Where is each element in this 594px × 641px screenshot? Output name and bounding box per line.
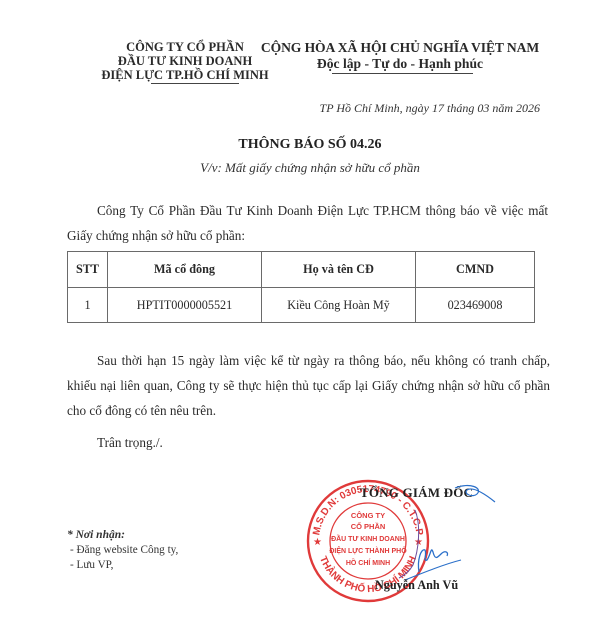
body-paragraph: Sau thời hạn 15 ngày làm việc kể từ ngày…	[67, 348, 550, 423]
recipients-heading: * Nơi nhận:	[67, 528, 178, 543]
shareholder-table: STT Mã cổ đông Họ và tên CĐ CMND 1 HPTIT…	[67, 251, 535, 323]
recipient-item: - Lưu VP,	[67, 558, 178, 573]
cell-stt: 1	[68, 288, 108, 323]
document-title: THÔNG BÁO SỐ 04.26	[60, 137, 560, 153]
recipient-item: - Đăng website Công ty,	[67, 543, 178, 558]
signatory-name: Nguyễn Anh Vũ	[375, 578, 458, 593]
handwritten-signature-icon	[355, 480, 515, 590]
intro-paragraph: Công Ty Cổ Phần Đầu Tư Kinh Doanh Điện L…	[67, 198, 548, 248]
nation-line: CỘNG HÒA XÃ HỘI CHỦ NGHĨA VIỆT NAM	[250, 40, 550, 56]
nation-header: CỘNG HÒA XÃ HỘI CHỦ NGHĨA VIỆT NAM Độc l…	[250, 40, 550, 72]
motto-underline	[332, 73, 473, 74]
column-header-full-name: Họ và tên CĐ	[262, 252, 416, 288]
column-header-stt: STT	[68, 252, 108, 288]
column-header-id-number: CMND	[416, 252, 535, 288]
document-subject: V/v: Mất giấy chứng nhận sở hữu cổ phần	[60, 160, 560, 176]
cell-id-number: 023469008	[416, 288, 535, 323]
table-row: 1 HPTIT0000005521 Kiều Công Hoàn Mỹ 0234…	[68, 288, 535, 323]
recipients-block: * Nơi nhận: - Đăng website Công ty, - Lư…	[67, 528, 178, 573]
cell-shareholder-code: HPTIT0000005521	[108, 288, 262, 323]
cell-full-name: Kiều Công Hoàn Mỹ	[262, 288, 416, 323]
table-header-row: STT Mã cổ đông Họ và tên CĐ CMND	[68, 252, 535, 288]
date-line: TP Hồ Chí Minh, ngày 17 tháng 03 năm 202…	[260, 101, 540, 116]
company-underline	[151, 83, 239, 84]
motto-line: Độc lập - Tự do - Hạnh phúc	[250, 56, 550, 72]
column-header-shareholder-code: Mã cổ đông	[108, 252, 262, 288]
svg-text:★: ★	[313, 537, 322, 548]
closing-line: Trân trọng./.	[97, 435, 163, 451]
